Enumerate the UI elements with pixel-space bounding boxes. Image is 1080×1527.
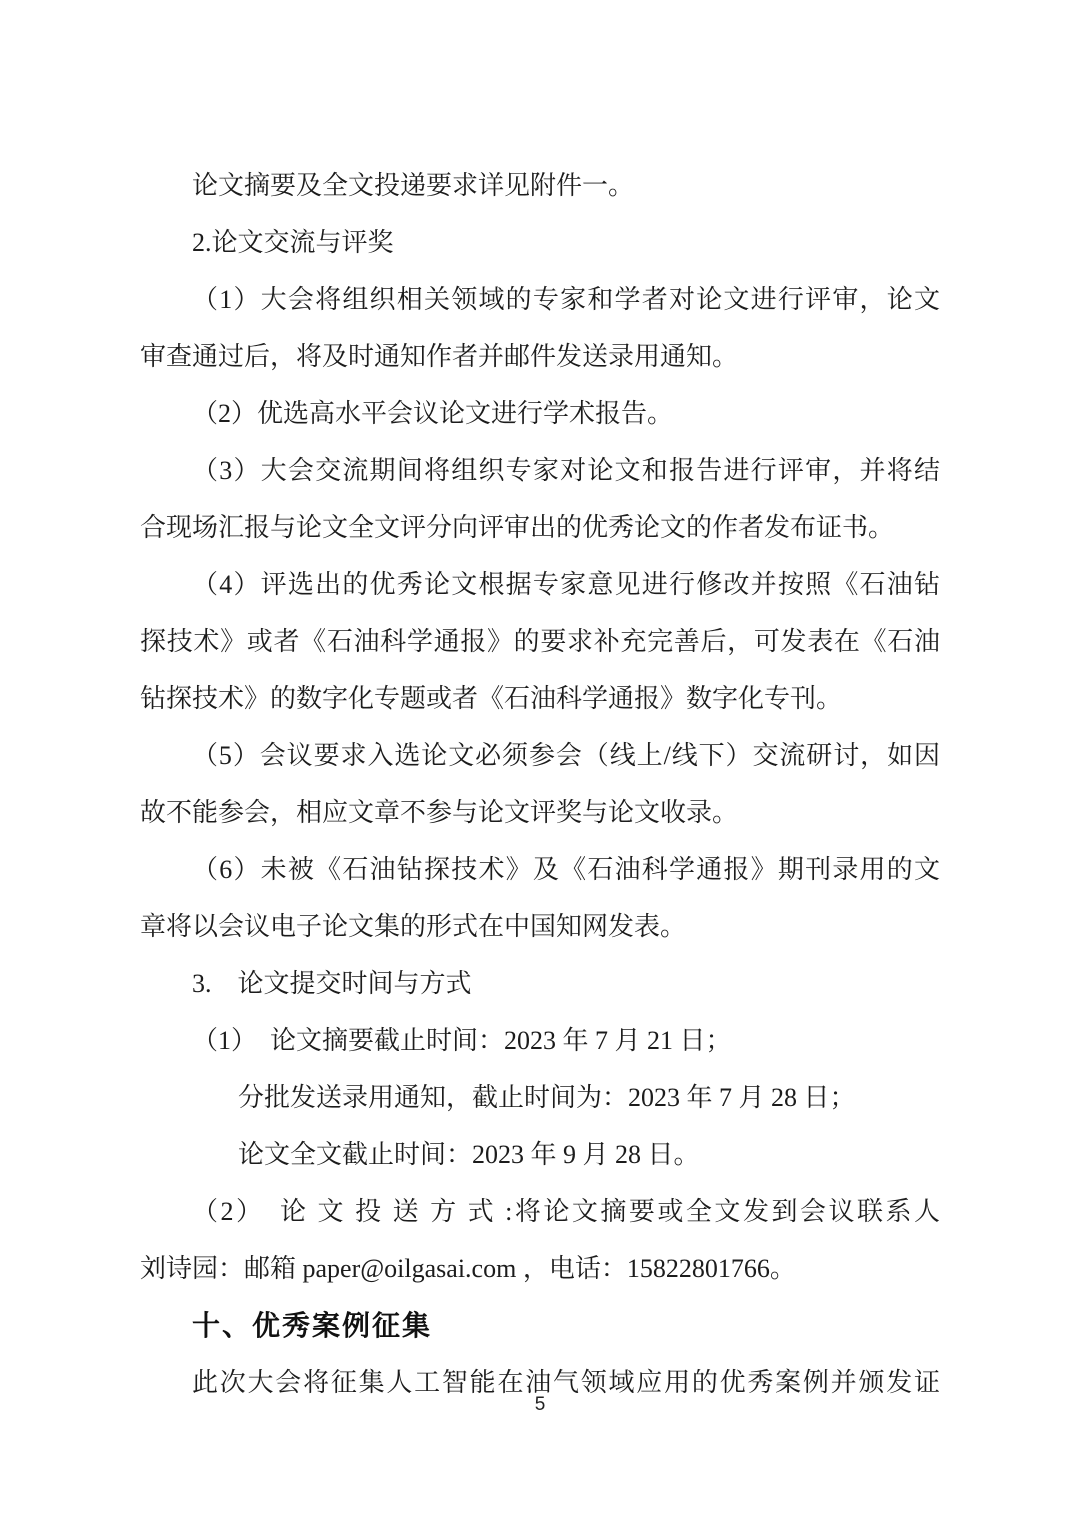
deadline-line-abstract: （1） 论文摘要截止时间：2023 年 7 月 21 日； xyxy=(140,1012,940,1069)
paragraph-line: 合现场汇报与论文全文评分向评审出的优秀论文的作者发布证书。 xyxy=(140,499,940,556)
paragraph-line: 探技术》或者《石油科学通报》的要求补充完善后，可发表在《石油 xyxy=(140,613,940,670)
paragraph-line: 审查通过后，将及时通知作者并邮件发送录用通知。 xyxy=(140,328,940,385)
paragraph-line: （1）大会将组织相关领域的专家和学者对论文进行评审，论文 xyxy=(140,271,940,328)
submission-method-line: （2） 论 文 投 送 方 式 :将论文摘要或全文发到会议联系人 xyxy=(140,1183,940,1240)
list-item-heading: 2.论文交流与评奖 xyxy=(140,214,940,271)
document-page: 论文摘要及全文投递要求详见附件一。 2.论文交流与评奖 （1）大会将组织相关领域… xyxy=(0,0,1080,1527)
section-heading: 十、优秀案例征集 xyxy=(140,1297,940,1354)
deadline-line-notice: 分批发送录用通知，截止时间为：2023 年 7 月 28 日； xyxy=(140,1069,940,1126)
paragraph-line: 钻探技术》的数字化专题或者《石油科学通报》数字化专刊。 xyxy=(140,670,940,727)
paragraph-line: （5）会议要求入选论文必须参会（线上/线下）交流研讨，如因 xyxy=(140,727,940,784)
paragraph-line: （6）未被《石油钻探技术》及《石油科学通报》期刊录用的文 xyxy=(140,841,940,898)
paragraph-line: 故不能参会，相应文章不参与论文评奖与论文收录。 xyxy=(140,784,940,841)
list-item-heading: 3. 论文提交时间与方式 xyxy=(140,955,940,1012)
paragraph-line: （3）大会交流期间将组织专家对论文和报告进行评审，并将结 xyxy=(140,442,940,499)
paragraph-line: （4）评选出的优秀论文根据专家意见进行修改并按照《石油钻 xyxy=(140,556,940,613)
paragraph-line: （2）优选高水平会议论文进行学术报告。 xyxy=(140,385,940,442)
contact-line: 刘诗园：邮箱 paper@oilgasai.com ，电话：1582280176… xyxy=(140,1240,940,1297)
page-number: 5 xyxy=(0,1394,1080,1416)
paragraph-line: 论文摘要及全文投递要求详见附件一。 xyxy=(140,157,940,214)
deadline-line-fullpaper: 论文全文截止时间：2023 年 9 月 28 日。 xyxy=(140,1126,940,1183)
document-body: 论文摘要及全文投递要求详见附件一。 2.论文交流与评奖 （1）大会将组织相关领域… xyxy=(140,157,940,1411)
paragraph-line: 章将以会议电子论文集的形式在中国知网发表。 xyxy=(140,898,940,955)
